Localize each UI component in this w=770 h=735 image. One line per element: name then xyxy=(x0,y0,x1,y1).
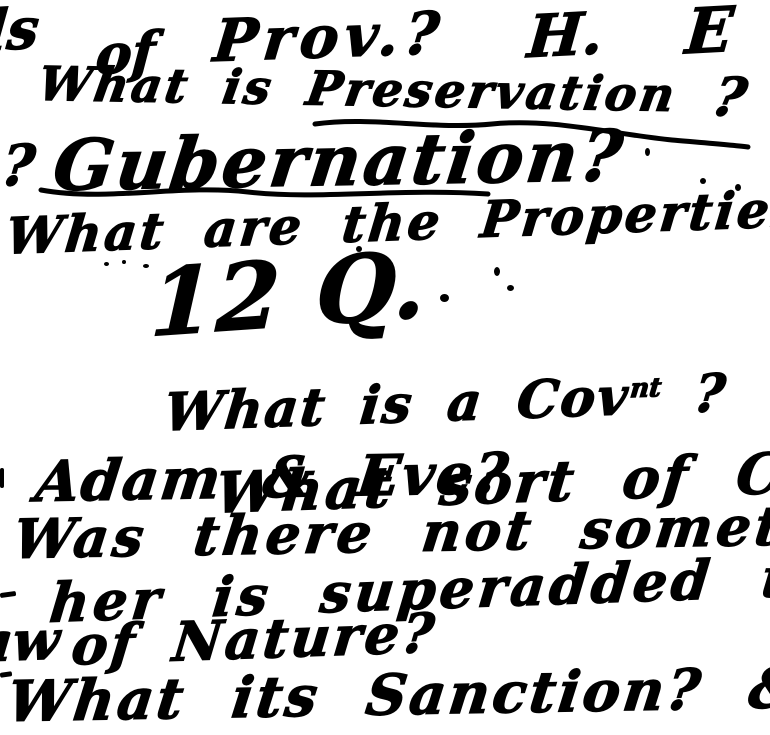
ink-speck xyxy=(494,267,500,276)
edge-dash xyxy=(0,591,16,598)
manuscript-page: ls of Prov.? H. E . What is Preservation… xyxy=(0,0,770,735)
ink-blot xyxy=(440,294,449,302)
handwritten-line-11-frag-1: aw xyxy=(0,612,62,669)
handwritten-line-1-frag-5: E xyxy=(683,0,736,63)
handwritten-line-12: What its Sanction? & Se xyxy=(5,658,770,730)
ink-speck xyxy=(122,260,126,264)
handwritten-line-1-frag-1: ls xyxy=(0,0,41,59)
ink-speck xyxy=(104,262,109,266)
handwritten-line-2: . What is Preservation xyxy=(0,60,681,119)
handwritten-line-1-frag-4: H. xyxy=(525,4,605,66)
ink-speck xyxy=(507,285,514,291)
ink-speck xyxy=(356,246,362,252)
ink-speck xyxy=(700,178,706,184)
edge-mark xyxy=(0,468,4,488)
ink-speck xyxy=(735,184,741,191)
handwritten-line-3-margin-qmark: ? xyxy=(0,137,38,194)
ink-speck xyxy=(143,264,149,268)
ink-speck xyxy=(645,148,650,156)
